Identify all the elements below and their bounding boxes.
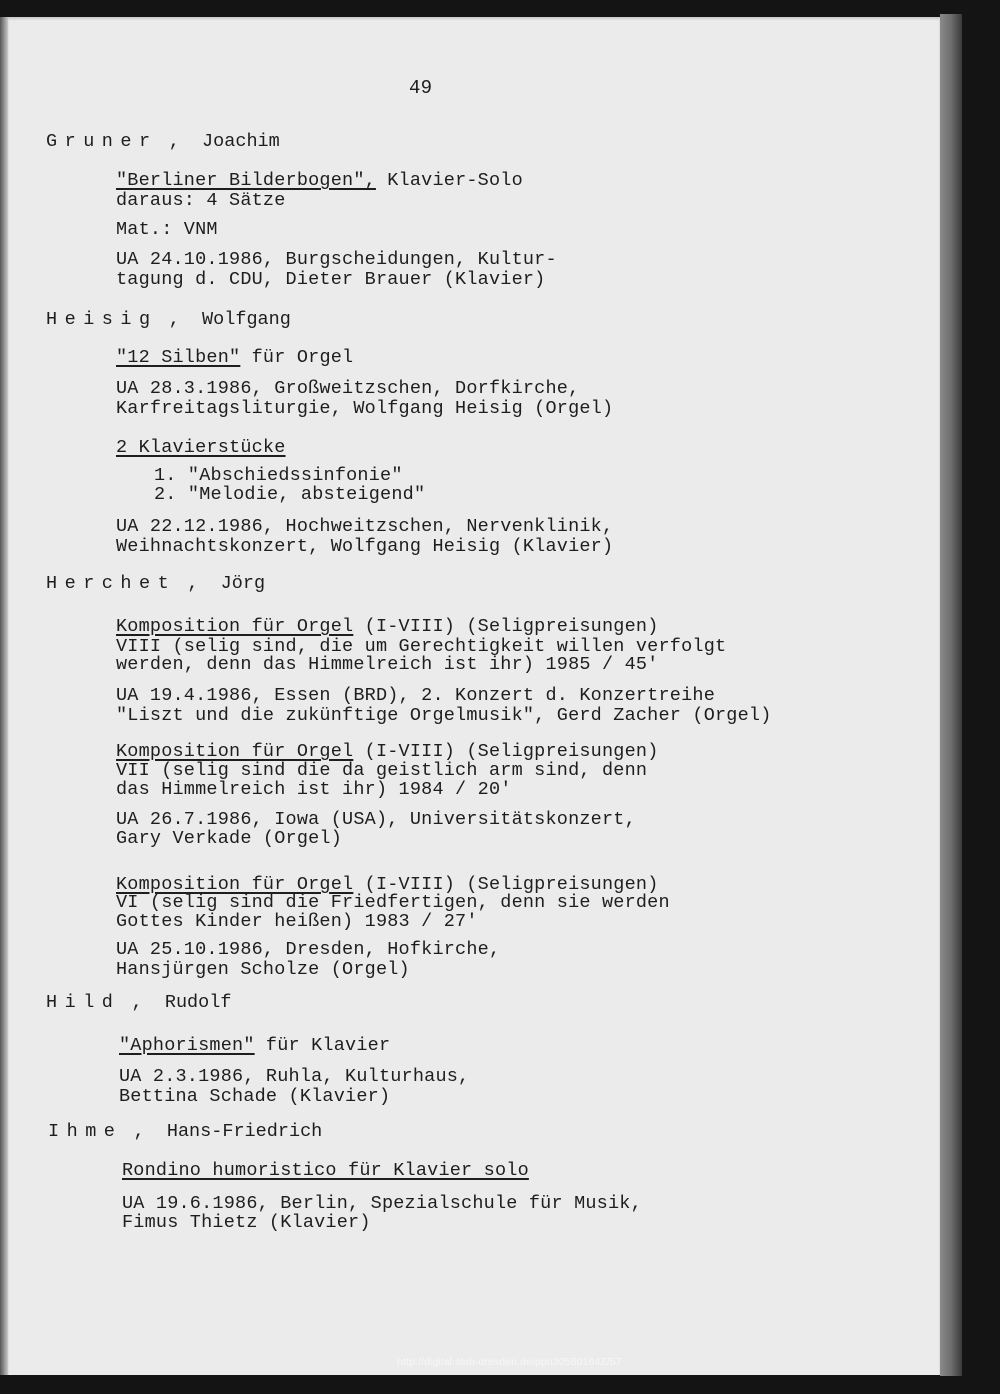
composer-given-name: Jörg: [221, 573, 265, 594]
composer-name: Heisig , Wolfgang: [46, 310, 291, 330]
premiere-info-line: Fimus Thietz (Klavier): [122, 1213, 371, 1233]
work-description-line: das Himmelreich ist ihr) 1984 / 20': [116, 780, 512, 800]
separator: ,: [176, 573, 220, 594]
composer-given-name: Hans-Friedrich: [167, 1121, 322, 1142]
composer-given-name: Rudolf: [165, 992, 232, 1013]
composer-surname: Ihme: [48, 1121, 122, 1142]
material-source: Mat.: VNM: [116, 220, 218, 240]
work-description-line: VII (selig sind die da geistlich arm sin…: [116, 761, 647, 781]
work-title-rest: für Orgel: [240, 347, 353, 368]
work-title: "Berliner Bilderbogen", Klavier-Solo: [116, 171, 523, 191]
work-title: Komposition für Orgel (I-VIII) (Seligpre…: [116, 617, 659, 637]
premiere-info-line: UA 2.3.1986, Ruhla, Kulturhaus,: [119, 1067, 469, 1087]
movement-item: 1. "Abschiedssinfonie": [154, 466, 403, 486]
composer-name: Gruner , Joachim: [46, 132, 280, 152]
work-title-underlined: Komposition für Orgel: [116, 741, 353, 762]
work-title-underlined: "Aphorismen": [119, 1035, 255, 1056]
premiere-info-line: Hansjürgen Scholze (Orgel): [116, 960, 410, 980]
premiere-info-line: Weihnachtskonzert, Wolfgang Heisig (Klav…: [116, 537, 613, 557]
work-title: Komposition für Orgel (I-VIII) (Seligpre…: [116, 742, 659, 762]
work-title-rest: Klavier-Solo: [376, 170, 523, 191]
page-content: 49 Gruner , Joachim"Berliner Bilderbogen…: [0, 0, 1000, 1394]
page-number: 49: [409, 78, 432, 98]
movement-item: 2. "Melodie, absteigend": [154, 485, 425, 505]
composer-surname: Hild: [46, 992, 120, 1013]
composer-name: Ihme , Hans-Friedrich: [48, 1122, 322, 1142]
premiere-info-line: UA 24.10.1986, Burgscheidungen, Kultur-: [116, 250, 557, 270]
composer-surname: Gruner: [46, 131, 158, 152]
premiere-info-line: UA 22.12.1986, Hochweitzschen, Nervenkli…: [116, 517, 613, 537]
composer-name: Herchet , Jörg: [46, 574, 265, 594]
premiere-info-line: UA 19.4.1986, Essen (BRD), 2. Konzert d.…: [116, 686, 715, 706]
premiere-info-line: tagung d. CDU, Dieter Brauer (Klavier): [116, 270, 545, 290]
premiere-info-line: Bettina Schade (Klavier): [119, 1087, 390, 1107]
work-description-line: daraus: 4 Sätze: [116, 191, 286, 211]
premiere-info-line: UA 26.7.1986, Iowa (USA), Universitätsko…: [116, 810, 636, 830]
work-title: Rondino humoristico für Klavier solo: [122, 1161, 529, 1181]
composer-given-name: Joachim: [202, 131, 280, 152]
work-title: "Aphorismen" für Klavier: [119, 1036, 390, 1056]
composer-name: Hild , Rudolf: [46, 993, 231, 1013]
separator: ,: [122, 1121, 166, 1142]
composer-surname: Herchet: [46, 573, 176, 594]
work-title-rest: für Klavier: [255, 1035, 391, 1056]
premiere-info-line: UA 28.3.1986, Großweitzschen, Dorfkirche…: [116, 379, 579, 399]
premiere-info-line: Gary Verkade (Orgel): [116, 829, 342, 849]
premiere-info-line: UA 19.6.1986, Berlin, Spezialschule für …: [122, 1194, 642, 1214]
premiere-info-line: UA 25.10.1986, Dresden, Hofkirche,: [116, 940, 500, 960]
work-title-underlined: Rondino humoristico für Klavier solo: [122, 1160, 529, 1181]
composer-given-name: Wolfgang: [202, 309, 291, 330]
work-title: "12 Silben" für Orgel: [116, 348, 353, 368]
premiere-info-line: Karfreitagsliturgie, Wolfgang Heisig (Or…: [116, 399, 613, 419]
separator: ,: [158, 131, 202, 152]
composer-surname: Heisig: [46, 309, 158, 330]
separator: ,: [158, 309, 202, 330]
source-url-watermark: http://digital.slub-dresden.de/ppn305801…: [397, 1356, 622, 1368]
work-description-line: Gottes Kinder heißen) 1983 / 27': [116, 912, 478, 932]
work-title-underlined: 2 Klavierstücke: [116, 437, 286, 458]
work-title-rest: (I-VIII) (Seligpreisungen): [353, 616, 658, 637]
premiere-info-line: "Liszt und die zukünftige Orgelmusik", G…: [116, 706, 772, 726]
work-title-underlined: "Berliner Bilderbogen",: [116, 170, 376, 191]
work-title: 2 Klavierstücke: [116, 438, 286, 458]
work-title-underlined: Komposition für Orgel: [116, 616, 353, 637]
separator: ,: [120, 992, 164, 1013]
work-description-line: werden, denn das Himmelreich ist ihr) 19…: [116, 655, 659, 675]
work-description-line: VI (selig sind die Friedfertigen, denn s…: [116, 893, 670, 913]
work-title-rest: (I-VIII) (Seligpreisungen): [353, 741, 658, 762]
document-page: 49 Gruner , Joachim"Berliner Bilderbogen…: [8, 17, 940, 1375]
work-title-underlined: "12 Silben": [116, 347, 240, 368]
